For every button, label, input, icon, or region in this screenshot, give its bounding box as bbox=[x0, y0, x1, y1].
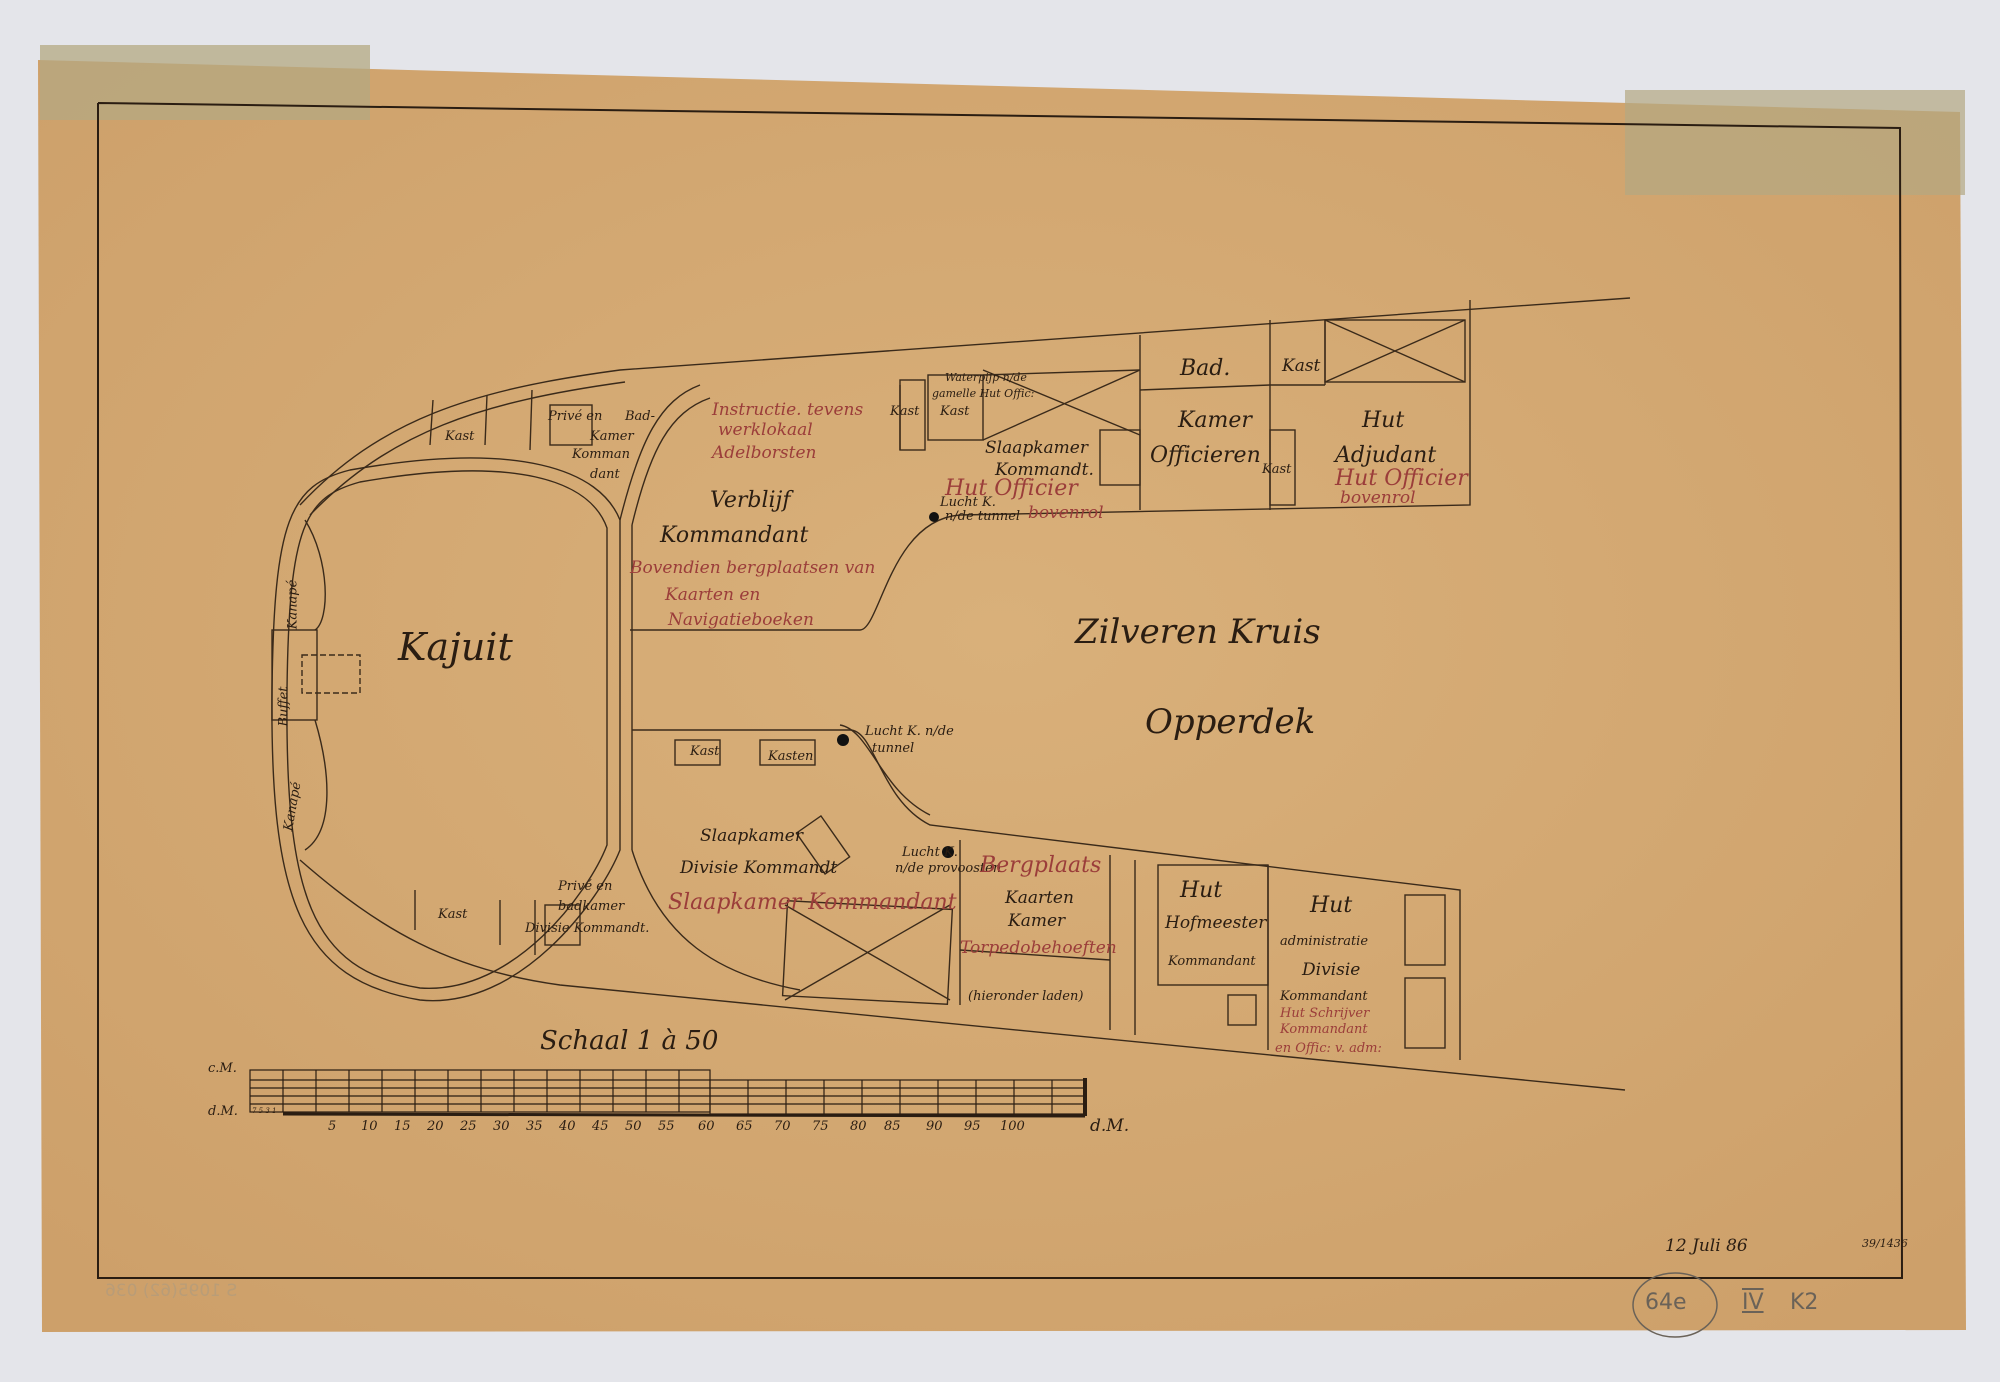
folio-number: 39/1436 bbox=[1862, 1238, 1908, 1249]
label-prive-bottom-1: Privé en bbox=[558, 880, 612, 893]
label-prive-top-1: Privé en bbox=[548, 410, 602, 423]
label-bergplaats: Bergplaats bbox=[980, 855, 1101, 877]
label-luchtk-tunnel-1: Lucht K. n/de bbox=[865, 725, 954, 738]
label-hut-officier-2: Hut Officier bbox=[1335, 468, 1468, 490]
archive-mark-roman: IV bbox=[1742, 1292, 1764, 1314]
ship-name-title: Zilveren Kruis bbox=[1075, 615, 1321, 649]
archive-mark-code: K2 bbox=[1790, 1292, 1818, 1314]
scale-tick: 100 bbox=[1000, 1120, 1025, 1133]
tape-top-right bbox=[1625, 90, 1965, 195]
scale-tick: 35 bbox=[526, 1120, 543, 1133]
label-bovendien-1: Bovendien bergplaatsen van bbox=[630, 560, 875, 577]
label-luchtk-top-1: Lucht K. bbox=[940, 496, 996, 509]
tape-top-left bbox=[40, 45, 370, 120]
scale-tick: 10 bbox=[361, 1120, 378, 1133]
room-slaapkamer-kommandant-1: Slaapkamer bbox=[985, 440, 1088, 457]
label-kast-lower: Kast bbox=[690, 745, 719, 758]
scale-tick: 55 bbox=[658, 1120, 675, 1133]
label-buffet: Buffet bbox=[278, 686, 291, 726]
scale-unit-bottom: d.M. bbox=[208, 1105, 238, 1118]
mirrored-stamp: S 1095(62) 036 bbox=[105, 1283, 237, 1300]
room-verblijf-kommandant: Kommandant bbox=[660, 525, 808, 547]
scale-title: Schaal 1 à 50 bbox=[540, 1028, 718, 1054]
label-hut-schrijver-3: en Offic: v. adm: bbox=[1275, 1042, 1382, 1055]
scale-sub-ticks: 7 5 3 1 bbox=[252, 1108, 277, 1115]
air-vent-dot-top bbox=[929, 512, 939, 522]
air-vent-dot-tunnel bbox=[837, 734, 849, 746]
scale-tick: 60 bbox=[698, 1120, 715, 1133]
label-prive-bottom-2: badkamer bbox=[558, 900, 624, 913]
scale-tick: 5 bbox=[328, 1120, 336, 1133]
label-kasten: Kasten bbox=[768, 750, 813, 763]
archive-mark-circled: 64e bbox=[1645, 1292, 1687, 1314]
label-instructie-3: Adelborsten bbox=[712, 445, 816, 462]
label-kast-top-left: Kast bbox=[445, 430, 474, 443]
scale-tick: 40 bbox=[559, 1120, 576, 1133]
room-hut-hofmeester-1: Hut bbox=[1180, 880, 1222, 902]
label-kast-bottom-left: Kast bbox=[438, 908, 467, 921]
room-hut-hofmeester-3: Kommandant bbox=[1168, 955, 1256, 968]
label-waterpijp-1: Waterpijp n/de bbox=[945, 372, 1027, 383]
room-hut-adjudant-2: Adjudant bbox=[1335, 445, 1436, 467]
scale-tick: 90 bbox=[926, 1120, 943, 1133]
scale-tick: 45 bbox=[592, 1120, 609, 1133]
label-bovenrol-2: bovenrol bbox=[1340, 490, 1416, 507]
drawing-date: 12 Juli 86 bbox=[1665, 1238, 1748, 1255]
label-torpedobehoeften: Torpedobehoeften bbox=[960, 940, 1117, 957]
label-luchtk-tunnel-2: tunnel bbox=[872, 742, 914, 755]
room-bad: Bad. bbox=[1180, 358, 1230, 380]
label-kamer: Kamer bbox=[1008, 913, 1065, 930]
room-bad-kamer: Kamer bbox=[1178, 410, 1252, 432]
scale-tick: 25 bbox=[460, 1120, 477, 1133]
room-hut-admin-1: Hut bbox=[1310, 895, 1352, 917]
scale-tick: 50 bbox=[625, 1120, 642, 1133]
label-kaarten: Kaarten bbox=[1005, 890, 1074, 907]
label-kast-right-top: Kast bbox=[1282, 358, 1320, 375]
room-hut-admin-4: Kommandant bbox=[1280, 990, 1368, 1003]
room-hut-adjudant-1: Hut bbox=[1362, 410, 1404, 432]
label-kanape-top: Kanapé bbox=[286, 580, 299, 630]
label-luchtk-provoosten-1: Lucht K. bbox=[902, 846, 958, 859]
label-instructie-2: werklokaal bbox=[718, 422, 813, 439]
room-slaapkamer-divisie-2: Divisie Kommandt bbox=[680, 860, 837, 877]
deck-plan-sheet bbox=[0, 0, 2000, 1382]
label-kast-bad: Kast bbox=[1262, 463, 1291, 476]
scale-unit-top: c.M. bbox=[208, 1062, 237, 1075]
label-kast-waterpijp: Kast bbox=[940, 405, 969, 418]
paper bbox=[38, 60, 1966, 1332]
label-prive-bottom-3: Divisie Kommandt. bbox=[525, 922, 649, 935]
scale-tick: 30 bbox=[493, 1120, 510, 1133]
scale-tick: 15 bbox=[394, 1120, 411, 1133]
room-hut-admin-2: administratie bbox=[1280, 935, 1368, 948]
scale-tick: 75 bbox=[812, 1120, 829, 1133]
label-waterpijp-2: gamelle Hut Offic: bbox=[932, 388, 1034, 399]
label-prive-top-2: Bad- bbox=[625, 410, 655, 423]
label-hut-schrijver-1: Hut Schrijver bbox=[1280, 1007, 1369, 1020]
scale-tick: 85 bbox=[884, 1120, 901, 1133]
deck-name-subtitle: Opperdek bbox=[1145, 705, 1315, 739]
label-instructie-1: Instructie. tevens bbox=[712, 402, 863, 419]
label-prive-top-5: dant bbox=[590, 468, 620, 481]
room-slaapkamer-divisie-1: Slaapkamer bbox=[700, 828, 803, 845]
label-kast-mid: Kast bbox=[890, 405, 919, 418]
label-prive-top-4: Komman bbox=[572, 448, 630, 461]
scale-tick: 20 bbox=[427, 1120, 444, 1133]
room-hut-admin-3: Divisie bbox=[1302, 962, 1360, 979]
label-bovenrol-1: bovenrol bbox=[1028, 505, 1104, 522]
room-bad-officieren: Officieren bbox=[1150, 445, 1261, 467]
room-verblijf: Verblijf bbox=[710, 490, 791, 512]
scale-tick: 95 bbox=[964, 1120, 981, 1133]
label-bovendien-2: Kaarten en bbox=[665, 587, 760, 604]
label-luchtk-top-2: n/de tunnel bbox=[945, 510, 1020, 523]
room-hut-hofmeester-2: Hofmeester bbox=[1165, 915, 1266, 932]
scale-tick: 80 bbox=[850, 1120, 867, 1133]
label-hut-schrijver-2: Kommandant bbox=[1280, 1023, 1368, 1036]
room-kajuit: Kajuit bbox=[398, 628, 513, 666]
label-hieronder-laden: (hieronder laden) bbox=[968, 990, 1083, 1003]
scale-tick: 70 bbox=[774, 1120, 791, 1133]
scale-tick: 65 bbox=[736, 1120, 753, 1133]
scale-unit-end: d.M. bbox=[1090, 1118, 1129, 1135]
label-bovendien-3: Navigatieboeken bbox=[668, 612, 814, 629]
label-prive-top-3: Kamer bbox=[590, 430, 634, 443]
label-slaapkamer-kommandant-red: Slaapkamer Kommandant bbox=[668, 892, 957, 914]
